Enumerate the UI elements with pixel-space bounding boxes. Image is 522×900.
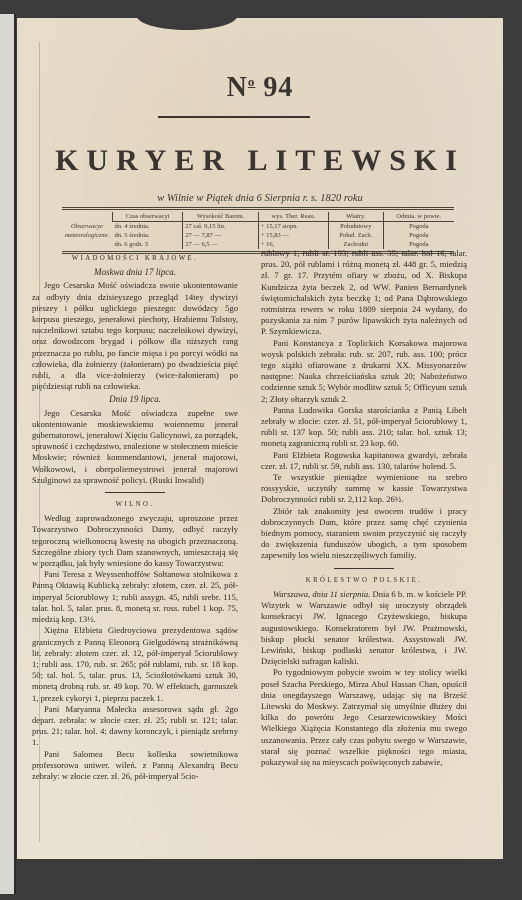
issue-number: No 94 xyxy=(17,72,503,104)
article-dateline: Dnia 19 lipca. xyxy=(32,394,238,405)
weather-label: Obserwacye meteorologiczne. xyxy=(62,212,113,249)
weather-header-wind: Wiatry. xyxy=(328,212,383,222)
article-dateline: Warszawa, dnia 11 sierpnia. xyxy=(273,589,370,599)
weather-header-thermometer: wys. Ther. Reau. xyxy=(258,212,328,222)
section-divider xyxy=(334,568,394,569)
weather-wind: Połud. Zach. xyxy=(328,231,383,240)
weather-row: dn. 4 średnia. 27 cal. 9,15 lin. + 15,17… xyxy=(62,222,454,232)
scanner-background xyxy=(17,862,522,900)
left-column: WIADOMOŚCI KRAJOWE. Moskwa dnia 17 lipca… xyxy=(32,248,238,782)
article-dateline: Moskwa dnia 17 lipca. xyxy=(32,267,238,278)
section-heading: WIADOMOŚCI KRAJOWE. xyxy=(32,253,238,264)
article-paragraph: Według zaprowadzonego zwyczaju, uproszon… xyxy=(32,513,238,569)
article-paragraph: Pani Salomea Becu kolleska sowietnikowa … xyxy=(32,749,238,783)
article-paragraph: Pani Teresa z Weyssenhoffów Sołtanowa st… xyxy=(32,569,238,625)
right-column: rublowy 1, rubli sr. 193; rubli ass. 35;… xyxy=(261,248,467,782)
article-paragraph: Zbiór tak znakomity jest owocem trudów i… xyxy=(261,506,467,562)
section-heading: KRÓLESTWO POLSKIE. xyxy=(261,575,467,586)
weather-table: Obserwacye meteorologiczne. Czas obserwa… xyxy=(62,207,454,254)
weather-barometer: 27 — 7,87 — xyxy=(183,231,259,240)
number-value: 94 xyxy=(263,72,293,103)
torn-edge xyxy=(137,16,237,30)
number-prefix: N xyxy=(227,72,248,103)
article-paragraph: Jego Cesarska Mość oświadcza swoie ukont… xyxy=(32,280,238,392)
weather-header-barometer: Wysokość Barom. xyxy=(183,212,259,222)
masthead-title: KURYER LITEWSKI xyxy=(17,144,503,178)
article-paragraph: Po tygodniowym pobycie swoim w tey stoli… xyxy=(261,667,467,768)
section-divider xyxy=(105,492,165,493)
article-columns: WIADOMOŚCI KRAJOWE. Moskwa dnia 17 lipca… xyxy=(32,248,467,782)
weather-sky: Pogoda xyxy=(383,222,454,232)
weather-row: dn. 5 średnia. 27 — 7,87 — + 15,83 — Poł… xyxy=(62,231,454,240)
weather-time: dn. 4 średnia. xyxy=(113,222,183,232)
article-paragraph: Warszawa, dnia 11 sierpnia. Dnia 6 b. m.… xyxy=(261,589,467,667)
article-paragraph: Xiężna Elżbieta Giedroyciowa prezydentow… xyxy=(32,625,238,703)
weather-time: dn. 5 średnia. xyxy=(113,231,183,240)
article-paragraph: Pani Elżbieta Rogowska kapitanowa gwardy… xyxy=(261,450,467,472)
number-sup: o xyxy=(248,74,256,89)
weather-sky: Pogoda xyxy=(383,231,454,240)
adjacent-page-edge xyxy=(0,14,16,894)
weather-thermo: + 15,17 stopn. xyxy=(258,222,328,232)
weather-barometer: 27 cal. 9,15 lin. xyxy=(183,222,259,232)
article-text: Dnia 6 b. m. w kościele PP. Wizytek w Wa… xyxy=(261,589,467,666)
issue-dateline: w Wilnie w Piątek dnia 6 Sierpnia r. s. … xyxy=(17,193,503,204)
article-paragraph: Pani Konstancya z Toplickich Korsakowa m… xyxy=(261,338,467,405)
weather-wind: Południowy xyxy=(328,222,383,232)
section-heading: WILNO. xyxy=(32,499,238,510)
weather-header-sky: Odmia. w powie. xyxy=(383,212,454,222)
article-paragraph: Panna Ludowika Gorska starościanka z Pan… xyxy=(261,405,467,450)
article-paragraph: Jego Cesarska Mość oświadcza zupełne swe… xyxy=(32,408,238,486)
article-paragraph: Te wszystkie pieniądze wymienione na sre… xyxy=(261,472,467,506)
article-paragraph: Pani Maryanna Małecka assesorowa sądu gł… xyxy=(32,704,238,749)
weather-thermo: + 15,83 — xyxy=(258,231,328,240)
article-paragraph: rublowy 1, rubli sr. 193; rubli ass. 35;… xyxy=(261,248,467,338)
weather-header-time: Czas obserwacyi xyxy=(113,212,183,222)
title-rule xyxy=(158,116,310,118)
